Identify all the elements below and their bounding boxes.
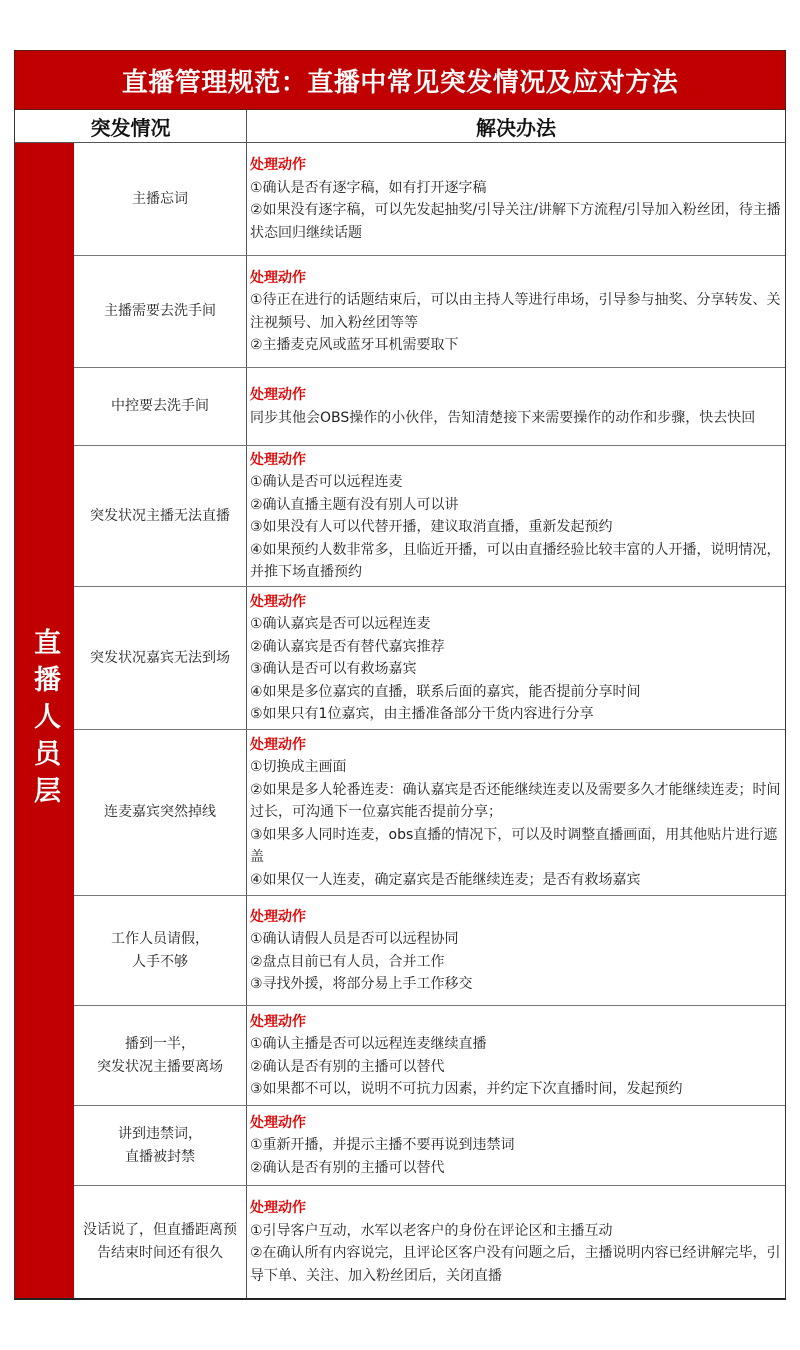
situation-cell: 播到一半， 突发状况主播要离场 — [74, 1006, 247, 1105]
action-label: 处理动作 — [250, 1112, 781, 1135]
header-situation: 突发情况 — [15, 110, 247, 142]
solution-step: ②确认嘉宾是否有替代嘉宾推荐 — [250, 636, 781, 659]
table-header: 突发情况 解决办法 — [14, 110, 786, 143]
solution-cell: 处理动作①确认嘉宾是否可以远程连麦②确认嘉宾是否有替代嘉宾推荐③确认是否可以有救… — [247, 587, 785, 729]
action-label: 处理动作 — [250, 1011, 781, 1034]
situation-cell: 主播需要去洗手间 — [74, 256, 247, 367]
action-label: 处理动作 — [250, 734, 781, 757]
layer-column: 直播人员层 — [15, 143, 74, 1298]
table-row: 主播忘词处理动作①确认是否有逐字稿，如有打开逐字稿②如果没有逐字稿，可以先发起抽… — [74, 143, 785, 256]
solution-step: ①确认请假人员是否可以远程协同 — [250, 928, 781, 951]
action-label: 处理动作 — [250, 449, 781, 472]
solution-step: ③如果多人同时连麦，obs直播的情况下，可以及时调整直播画面，用其他贴片进行遮盖 — [250, 824, 781, 869]
action-label: 处理动作 — [250, 154, 781, 177]
action-label: 处理动作 — [250, 591, 781, 614]
solution-step: ①确认是否有逐字稿，如有打开逐字稿 — [250, 177, 781, 200]
situation-cell: 连麦嘉宾突然掉线 — [74, 730, 247, 895]
situation-cell: 没话说了，但直播距离预告结束时间还有很久 — [74, 1186, 247, 1298]
solution-cell: 处理动作①重新开播，并提示主播不要再说到违禁词②确认是否有别的主播可以替代 — [247, 1106, 785, 1185]
action-label: 处理动作 — [250, 906, 781, 929]
solution-step: ③确认是否可以有救场嘉宾 — [250, 658, 781, 681]
table-row: 工作人员请假， 人手不够处理动作①确认请假人员是否可以远程协同②盘点目前已有人员… — [74, 896, 785, 1006]
solution-step: ③如果都不可以，说明不可抗力因素，并约定下次直播时间，发起预约 — [250, 1078, 781, 1101]
solution-step: ②确认直播主题有没有别人可以讲 — [250, 494, 781, 517]
table-row: 播到一半， 突发状况主播要离场处理动作①确认主播是否可以远程连麦继续直播②确认是… — [74, 1006, 785, 1106]
situation-cell: 讲到违禁词， 直播被封禁 — [74, 1106, 247, 1185]
solution-step: ①确认是否可以远程连麦 — [250, 471, 781, 494]
solution-step: ②如果没有逐字稿，可以先发起抽奖/引导关注/讲解下方流程/引导加入粉丝团，待主播… — [250, 199, 781, 244]
table-row: 连麦嘉宾突然掉线处理动作①切换成主画面②如果是多人轮番连麦：确认嘉宾是否还能继续… — [74, 730, 785, 896]
situation-cell: 突发状况嘉宾无法到场 — [74, 587, 247, 729]
situation-cell: 突发状况主播无法直播 — [74, 446, 247, 586]
solution-step: ①切换成主画面 — [250, 756, 781, 779]
table-row: 中控要去洗手间处理动作同步其他会OBS操作的小伙伴，告知清楚接下来需要操作的动作… — [74, 368, 785, 446]
table-row: 主播需要去洗手间处理动作①待正在进行的话题结束后，可以由主持人等进行串场，引导参… — [74, 256, 785, 368]
action-label: 处理动作 — [250, 267, 781, 290]
table-row: 突发状况主播无法直播处理动作①确认是否可以远程连麦②确认直播主题有没有别人可以讲… — [74, 446, 785, 587]
solution-step: ①重新开播，并提示主播不要再说到违禁词 — [250, 1134, 781, 1157]
solution-step: ①待正在进行的话题结束后，可以由主持人等进行串场，引导参与抽奖、分享转发、关注视… — [250, 289, 781, 334]
solution-step: ①引导客户互动，水军以老客户的身份在评论区和主播互动 — [250, 1220, 781, 1243]
solution-step: ①确认嘉宾是否可以远程连麦 — [250, 613, 781, 636]
solution-cell: 处理动作①确认是否有逐字稿，如有打开逐字稿②如果没有逐字稿，可以先发起抽奖/引导… — [247, 143, 785, 255]
situation-cell: 主播忘词 — [74, 143, 247, 255]
solution-step: ④如果预约人数非常多，且临近开播，可以由直播经验比较丰富的人开播，说明情况，并推… — [250, 539, 781, 584]
solution-step: ②主播麦克风或蓝牙耳机需要取下 — [250, 334, 781, 357]
solution-step: ⑤如果只有1位嘉宾，由主播准备部分干货内容进行分享 — [250, 703, 781, 726]
solution-step: ④如果是多位嘉宾的直播，联系后面的嘉宾，能否提前分享时间 — [250, 681, 781, 704]
action-label: 处理动作 — [250, 1197, 781, 1220]
solution-cell: 处理动作①引导客户互动，水军以老客户的身份在评论区和主播互动②在确认所有内容说完… — [247, 1186, 785, 1298]
solution-step: 同步其他会OBS操作的小伙伴，告知清楚接下来需要操作的动作和步骤，快去快回 — [250, 407, 781, 430]
solution-step: ②确认是否有别的主播可以替代 — [250, 1157, 781, 1180]
solution-step: ①确认主播是否可以远程连麦继续直播 — [250, 1033, 781, 1056]
table-row: 突发状况嘉宾无法到场处理动作①确认嘉宾是否可以远程连麦②确认嘉宾是否有替代嘉宾推… — [74, 587, 785, 730]
action-label: 处理动作 — [250, 384, 781, 407]
solution-cell: 处理动作①确认主播是否可以远程连麦继续直播②确认是否有别的主播可以替代③如果都不… — [247, 1006, 785, 1105]
solution-cell: 处理动作①待正在进行的话题结束后，可以由主持人等进行串场，引导参与抽奖、分享转发… — [247, 256, 785, 367]
layer-label: 直播人员层 — [25, 628, 64, 813]
solution-cell: 处理动作①确认请假人员是否可以远程协同②盘点目前已有人员，合并工作③寻找外援，将… — [247, 896, 785, 1005]
solution-step: ④如果仅一人连麦，确定嘉宾是否能继续连麦；是否有救场嘉宾 — [250, 869, 781, 892]
table-body: 直播人员层 主播忘词处理动作①确认是否有逐字稿，如有打开逐字稿②如果没有逐字稿，… — [14, 143, 786, 1300]
solution-step: ②在确认所有内容说完，且评论区客户没有问题之后，主播说明内容已经讲解完毕，引导下… — [250, 1242, 781, 1287]
emergency-handling-table: 直播管理规范：直播中常见突发情况及应对方法 突发情况 解决办法 直播人员层 主播… — [14, 50, 786, 1300]
page-title: 直播管理规范：直播中常见突发情况及应对方法 — [14, 50, 786, 110]
solution-step: ③寻找外援，将部分易上手工作移交 — [250, 973, 781, 996]
solution-cell: 处理动作同步其他会OBS操作的小伙伴，告知清楚接下来需要操作的动作和步骤，快去快… — [247, 368, 785, 445]
rows-container: 主播忘词处理动作①确认是否有逐字稿，如有打开逐字稿②如果没有逐字稿，可以先发起抽… — [74, 143, 785, 1298]
solution-step: ②盘点目前已有人员，合并工作 — [250, 951, 781, 974]
solution-cell: 处理动作①确认是否可以远程连麦②确认直播主题有没有别人可以讲③如果没有人可以代替… — [247, 446, 785, 586]
solution-step: ②确认是否有别的主播可以替代 — [250, 1056, 781, 1079]
situation-cell: 中控要去洗手间 — [74, 368, 247, 445]
solution-step: ③如果没有人可以代替开播，建议取消直播，重新发起预约 — [250, 516, 781, 539]
table-row: 没话说了，但直播距离预告结束时间还有很久处理动作①引导客户互动，水军以老客户的身… — [74, 1186, 785, 1298]
table-row: 讲到违禁词， 直播被封禁处理动作①重新开播，并提示主播不要再说到违禁词②确认是否… — [74, 1106, 785, 1186]
solution-step: ②如果是多人轮番连麦：确认嘉宾是否还能继续连麦以及需要多久才能继续连麦；时间过长… — [250, 779, 781, 824]
solution-cell: 处理动作①切换成主画面②如果是多人轮番连麦：确认嘉宾是否还能继续连麦以及需要多久… — [247, 730, 785, 895]
situation-cell: 工作人员请假， 人手不够 — [74, 896, 247, 1005]
header-solution: 解决办法 — [247, 110, 785, 142]
